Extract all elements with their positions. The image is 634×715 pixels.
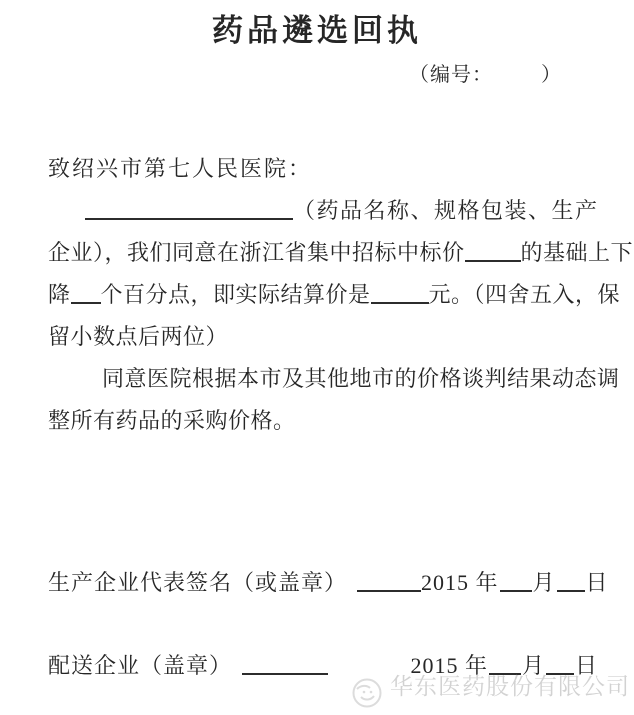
watermark-company-name: 华东医药股份有限公司 — [390, 672, 630, 702]
settlement-price-blank — [371, 302, 429, 304]
producer-date-year: 2015 年 — [421, 570, 499, 595]
discount-text-b: 个百分点，即实际结算价是 — [101, 282, 371, 307]
distributor-seal-blank — [242, 673, 328, 675]
rounding-text: 留小数点后两位） — [48, 324, 228, 349]
document-number: （编号： ） — [0, 62, 634, 88]
agreement-post-text: 的基础上下 — [521, 240, 634, 265]
price-agreement-line: 企业），我们同意在浙江省集中招标中标价的基础上下 — [48, 232, 614, 274]
document-page: 药品遴选回执 （编号： ） 致绍兴市第七人民医院： （药品名称、规格包装、生产 … — [0, 0, 634, 715]
producer-signature-left: 生产企业代表签名（或盖章） — [48, 562, 421, 604]
rounding-line: 留小数点后两位） — [48, 316, 614, 358]
distributor-signature-label: 配送企业（盖章） — [48, 653, 232, 678]
huadong-medicine-logo-icon — [351, 677, 383, 714]
distributor-signature-left: 配送企业（盖章） — [48, 645, 328, 687]
discount-text-c: 元。（四舍五入，保 — [429, 282, 621, 307]
page-title: 药品遴选回执 — [0, 0, 634, 48]
discount-line: 降个百分点，即实际结算价是元。（四舍五入，保 — [48, 274, 614, 316]
dynamic-adjust-text-1: 同意医院根据本市及其他地市的价格谈判结果动态调 — [102, 366, 620, 391]
percentage-blank — [71, 302, 101, 304]
producer-signature-label: 生产企业代表签名（或盖章） — [48, 570, 347, 595]
producer-day-blank — [557, 590, 585, 592]
producer-date-month: 月 — [533, 570, 556, 595]
drug-info-label: （药品名称、规格包装、生产 — [293, 198, 599, 223]
producer-date-day: 日 — [586, 570, 609, 595]
salutation-text: 致绍兴市第七人民医院： — [48, 156, 312, 181]
dynamic-adjust-line-1: 同意医院根据本市及其他地市的价格谈判结果动态调 — [48, 358, 614, 400]
document-body: 致绍兴市第七人民医院： （药品名称、规格包装、生产 企业），我们同意在浙江省集中… — [48, 148, 614, 442]
producer-signature-blank — [357, 590, 421, 592]
discount-text-a: 降 — [48, 282, 71, 307]
salutation-line: 致绍兴市第七人民医院： — [48, 148, 614, 190]
watermark: 华东医药股份有限公司 — [351, 672, 630, 714]
dynamic-adjust-line-2: 整所有药品的采购价格。 — [48, 400, 614, 442]
producer-date: 2015 年月日 — [421, 562, 609, 604]
producer-signature-row: 生产企业代表签名（或盖章） 2015 年月日 — [48, 562, 598, 604]
dynamic-adjust-text-2: 整所有药品的采购价格。 — [48, 408, 296, 433]
winning-price-blank — [465, 260, 521, 262]
drug-name-blank — [85, 218, 293, 220]
agreement-pre-text: 企业），我们同意在浙江省集中招标中标价 — [48, 240, 465, 265]
producer-month-blank — [500, 590, 532, 592]
drug-info-line: （药品名称、规格包装、生产 — [48, 190, 614, 232]
